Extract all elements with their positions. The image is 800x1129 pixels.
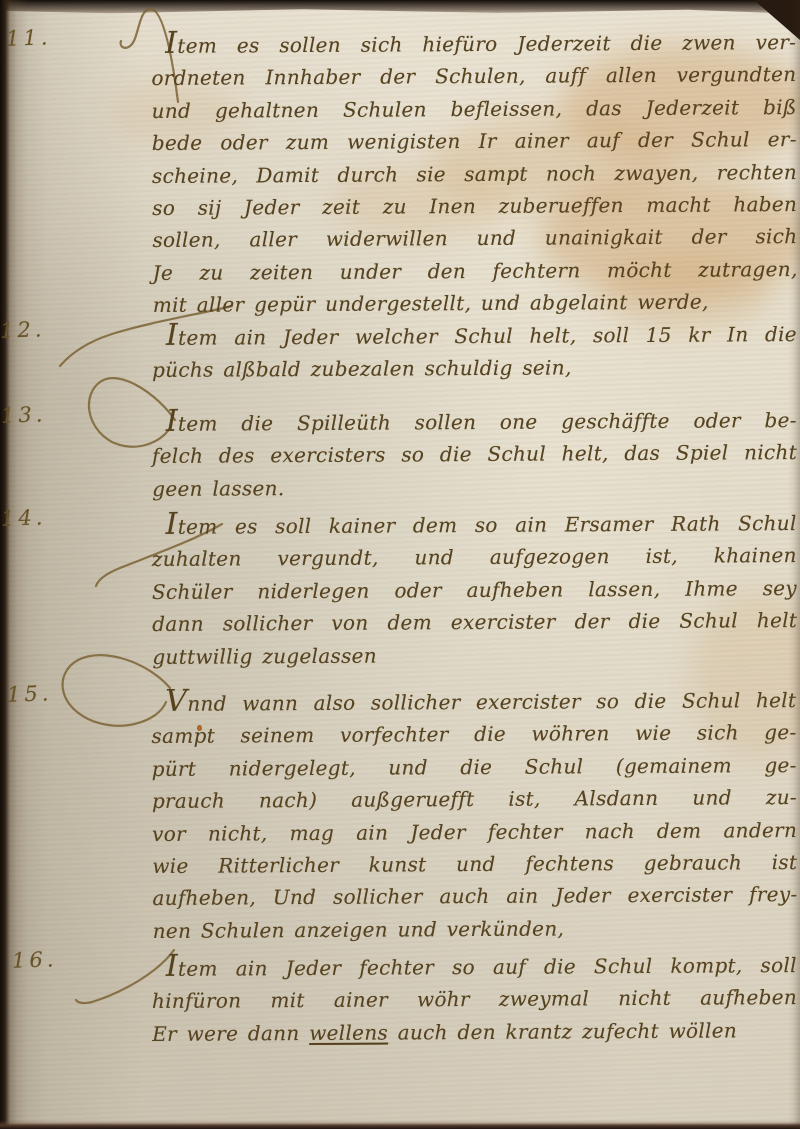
margin-number-14: 14. [1, 505, 47, 531]
text-line: geen lassen. [152, 469, 797, 505]
text-line: Item es sollen sich hiefüro Jederzeit di… [151, 24, 796, 62]
manuscript-paragraph-12: Item ain Jeder welcher Schul helt, soll … [152, 316, 797, 387]
text-line: prauch nach) außgeruefft ist, Alsdann un… [152, 781, 797, 817]
text-segment: auch den krantz zufecht wöllen [388, 1018, 737, 1044]
manuscript-photo: 11. 12. 13. 14. 15. 16. Item es sollen s… [0, 0, 800, 1129]
manuscript-paragraph-14: Item es soll kainer dem so ain Ersamer R… [152, 505, 798, 673]
text-line: felch des exercisters so die Schul helt,… [152, 436, 797, 472]
margin-number-11: 11. [6, 25, 52, 51]
text-line: scheine, Damit durch sie sampt noch zway… [152, 156, 797, 192]
text-line: dann sollicher von dem exercister der di… [152, 604, 797, 640]
text-line: Item die Spilleüth sollen one geschäffte… [152, 402, 797, 440]
page-edge-top [0, 0, 800, 14]
text-line: Item ain Jeder welcher Schul helt, soll … [152, 316, 797, 354]
text-line: Vnnd wann also sollicher exercister so d… [151, 682, 796, 720]
text-line: so sij Jeder zeit zu Inen zuberueffen ma… [152, 188, 797, 224]
manuscript-paragraph-16: Item ain Jeder fechter so auf die Schul … [152, 947, 798, 1050]
manuscript-paragraph-11: Item es sollen sich hiefüro Jederzeit di… [151, 24, 798, 322]
text-line: Item es soll kainer dem so ain Ersamer R… [152, 505, 797, 543]
text-line: püchs alßbald zubezalen schuldig sein, [152, 350, 797, 386]
page-edge-bottom [0, 1120, 800, 1129]
text-line: bede oder zum wenigisten Ir ainer auf de… [152, 123, 797, 159]
margin-number-16: 16. [12, 947, 58, 973]
text-line: zuhalten vergundt, und aufgezogen ist, k… [152, 539, 797, 575]
text-line: vor nicht, mag ain Jeder fechter nach de… [152, 814, 797, 850]
text-line: pürt nidergelegt, und die Schul (gemaine… [152, 749, 797, 785]
text-line: wie Ritterlicher kunst und fechtens gebr… [152, 846, 797, 882]
margin-number-12: 12. [0, 317, 46, 343]
manuscript-paragraph-13: Item die Spilleüth sollen one geschäffte… [152, 402, 798, 505]
text-line: ordneten Innhaber der Schulen, auff alle… [151, 58, 796, 94]
text-line: Schüler niderlegen oder aufheben lassen,… [152, 572, 797, 608]
underlined-word: wellens [309, 1020, 388, 1044]
text-line: und gehaltnen Schulen befleissen, das Je… [152, 91, 797, 127]
text-segment: Er were dann [152, 1021, 309, 1046]
text-line: Item ain Jeder fechter so auf die Schul … [152, 947, 797, 985]
text-line: Er were dann wellens auch den krantz zuf… [152, 1014, 797, 1050]
text-line: sollen, aller widerwillen und unainigkai… [152, 220, 797, 256]
ink-speck [197, 725, 202, 731]
text-line: Je zu zeiten under den fechtern möcht zu… [153, 253, 798, 289]
margin-number-13: 13. [1, 402, 47, 428]
text-line: hinfüron mit ainer wöhr zweymal nicht au… [152, 981, 797, 1017]
text-line: aufheben, Und sollicher auch ain Jeder e… [152, 878, 797, 914]
text-line: nen Schulen anzeigen und verkünden, [153, 911, 798, 947]
text-line: sampt seinem vorfechter die wöhren wie s… [151, 716, 796, 752]
margin-number-15: 15. [7, 681, 53, 707]
manuscript-paragraph-15: Vnnd wann also sollicher exercister so d… [151, 682, 798, 947]
text-line: guttwillig zugelassen [152, 637, 797, 673]
